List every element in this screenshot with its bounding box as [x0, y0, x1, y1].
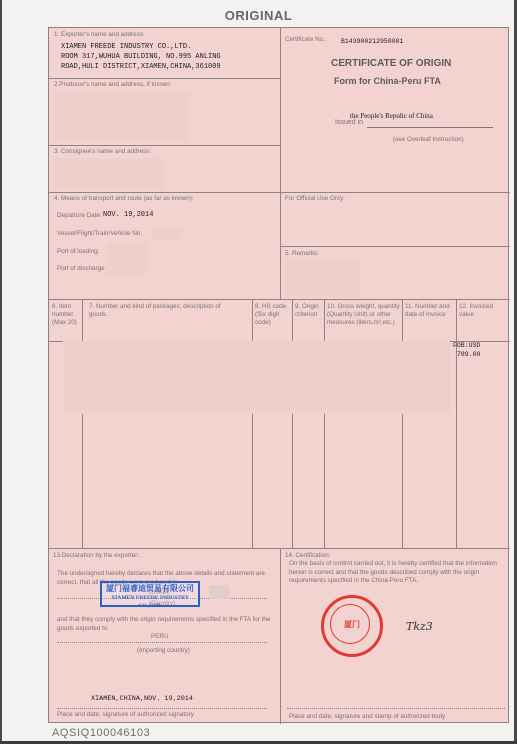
col-header-hs-code: 8. HS code (Six digit code)	[255, 303, 291, 327]
redacted-producer	[54, 92, 189, 142]
authorized-body-caption: Place and date, signature and stamp of a…	[289, 713, 445, 721]
divider	[280, 246, 510, 247]
signatory-line	[57, 708, 267, 709]
redacted-ports	[107, 243, 147, 275]
company-stamp: 厦门福睿迪贸易有限公司 XIAMEN FREEDE INDUSTRY CO.,L…	[100, 581, 200, 607]
col-header-invoiced-value: 12. Invoiced value	[459, 303, 507, 319]
exporter-label: 1. Exporter's name and address:	[54, 31, 145, 39]
port-discharge-label: Port of discharge	[57, 265, 105, 273]
overleaf-note: (see Overleaf Instruction)	[393, 136, 464, 144]
signatory-caption: Place and date, signature of authorized …	[57, 711, 194, 719]
cert-no-value: B143900212950001	[341, 37, 403, 46]
certificate-form: 1. Exporter's name and address: XIAMEN F…	[48, 27, 509, 723]
redacted-consignee	[54, 158, 164, 190]
transport-label: 4. Means of transport and route (as far …	[54, 195, 194, 203]
importing-caption: (Importing country)	[137, 647, 190, 655]
exporter-line: XIAMEN FREEDE INDUSTRY CO.,LTD.	[61, 43, 191, 52]
divider	[280, 192, 281, 299]
authorized-body-line	[287, 708, 505, 709]
column-divider	[292, 299, 293, 548]
company-stamp-cn: 厦门福睿迪贸易有限公司	[102, 584, 198, 594]
declaration-text-2: and that they comply with the origin req…	[57, 616, 277, 633]
issued-in-underline	[367, 127, 493, 128]
issued-in-label: Issued in	[335, 119, 363, 127]
producer-label: 2.Producer's name and address, if known:	[54, 81, 171, 89]
redacted-vessel	[151, 228, 181, 240]
divider	[49, 299, 510, 300]
col-header-origin: 9. Origin criterion	[295, 303, 323, 319]
official-use-label: For Official Use Only:	[285, 195, 345, 203]
port-loading-label: Port of loading:	[57, 248, 99, 256]
departure-date-value: NOV. 19,2014	[103, 211, 153, 220]
certification-label: 14. Certification:	[285, 552, 331, 560]
signature: Tkz3	[406, 620, 433, 633]
document-title: ORIGINAL	[0, 8, 517, 23]
column-divider	[82, 299, 83, 548]
official-seal: 厦门	[321, 595, 383, 657]
col-header-description: 7. Number and kind of packages; descript…	[89, 303, 239, 319]
column-divider	[252, 299, 253, 548]
departure-date-label: Departure Date:	[57, 212, 102, 220]
column-divider	[456, 299, 457, 548]
divider	[49, 145, 280, 146]
aqsiq-serial: AQSIQ100046103	[52, 727, 150, 739]
certificate-heading: CERTIFICATE OF ORIGIN	[331, 58, 451, 69]
invoice-value: 789.00	[457, 350, 480, 359]
divider	[49, 78, 280, 79]
column-divider	[324, 299, 325, 548]
invoice-terms: FOB:USD	[453, 341, 480, 350]
redacted-remarks	[285, 261, 360, 297]
cert-no-label: Certificate No.:	[285, 36, 327, 44]
exporter-line: ROOM 317,WUHUA BUILDING, NO.995 ANLING	[61, 53, 221, 62]
seal-center-text: 厦门	[324, 619, 380, 630]
importing-country: PERU	[151, 633, 169, 641]
exporter-line: ROAD,HULI DISTRICT,XIAMEN,CHINA,361009	[61, 63, 221, 72]
col-header-item: 6. Item number (Max 20)	[52, 303, 81, 327]
redacted-goods	[63, 341, 450, 414]
redacted-signature	[209, 585, 229, 599]
vessel-label: Vessel/Flight/Train/Vehicle No.	[57, 230, 142, 238]
certificate-subheading: Form for China-Peru FTA	[334, 76, 441, 86]
col-header-invoice: 11. Number and date of invoice	[405, 303, 455, 319]
place-date-value: XIAMEN,CHINA,NOV. 19,2014	[91, 695, 193, 704]
window-frame-left	[0, 0, 2, 744]
declaration-label: 13.Declaration by the exporter:	[53, 552, 139, 560]
company-stamp-en: XIAMEN FREEDE INDUSTRY CO.,LTD.	[102, 594, 198, 610]
divider	[280, 548, 281, 724]
consignee-label: 3. Consignee's name and address:	[54, 148, 151, 156]
remarks-label: 5. Remarks:	[285, 250, 319, 258]
column-divider	[402, 299, 403, 548]
certification-text: On the basis of control carried out, it …	[289, 560, 504, 586]
importing-line	[57, 642, 267, 643]
col-header-gross-weight: 10. Gross weight, quantity (Quantity Uni…	[327, 303, 401, 327]
